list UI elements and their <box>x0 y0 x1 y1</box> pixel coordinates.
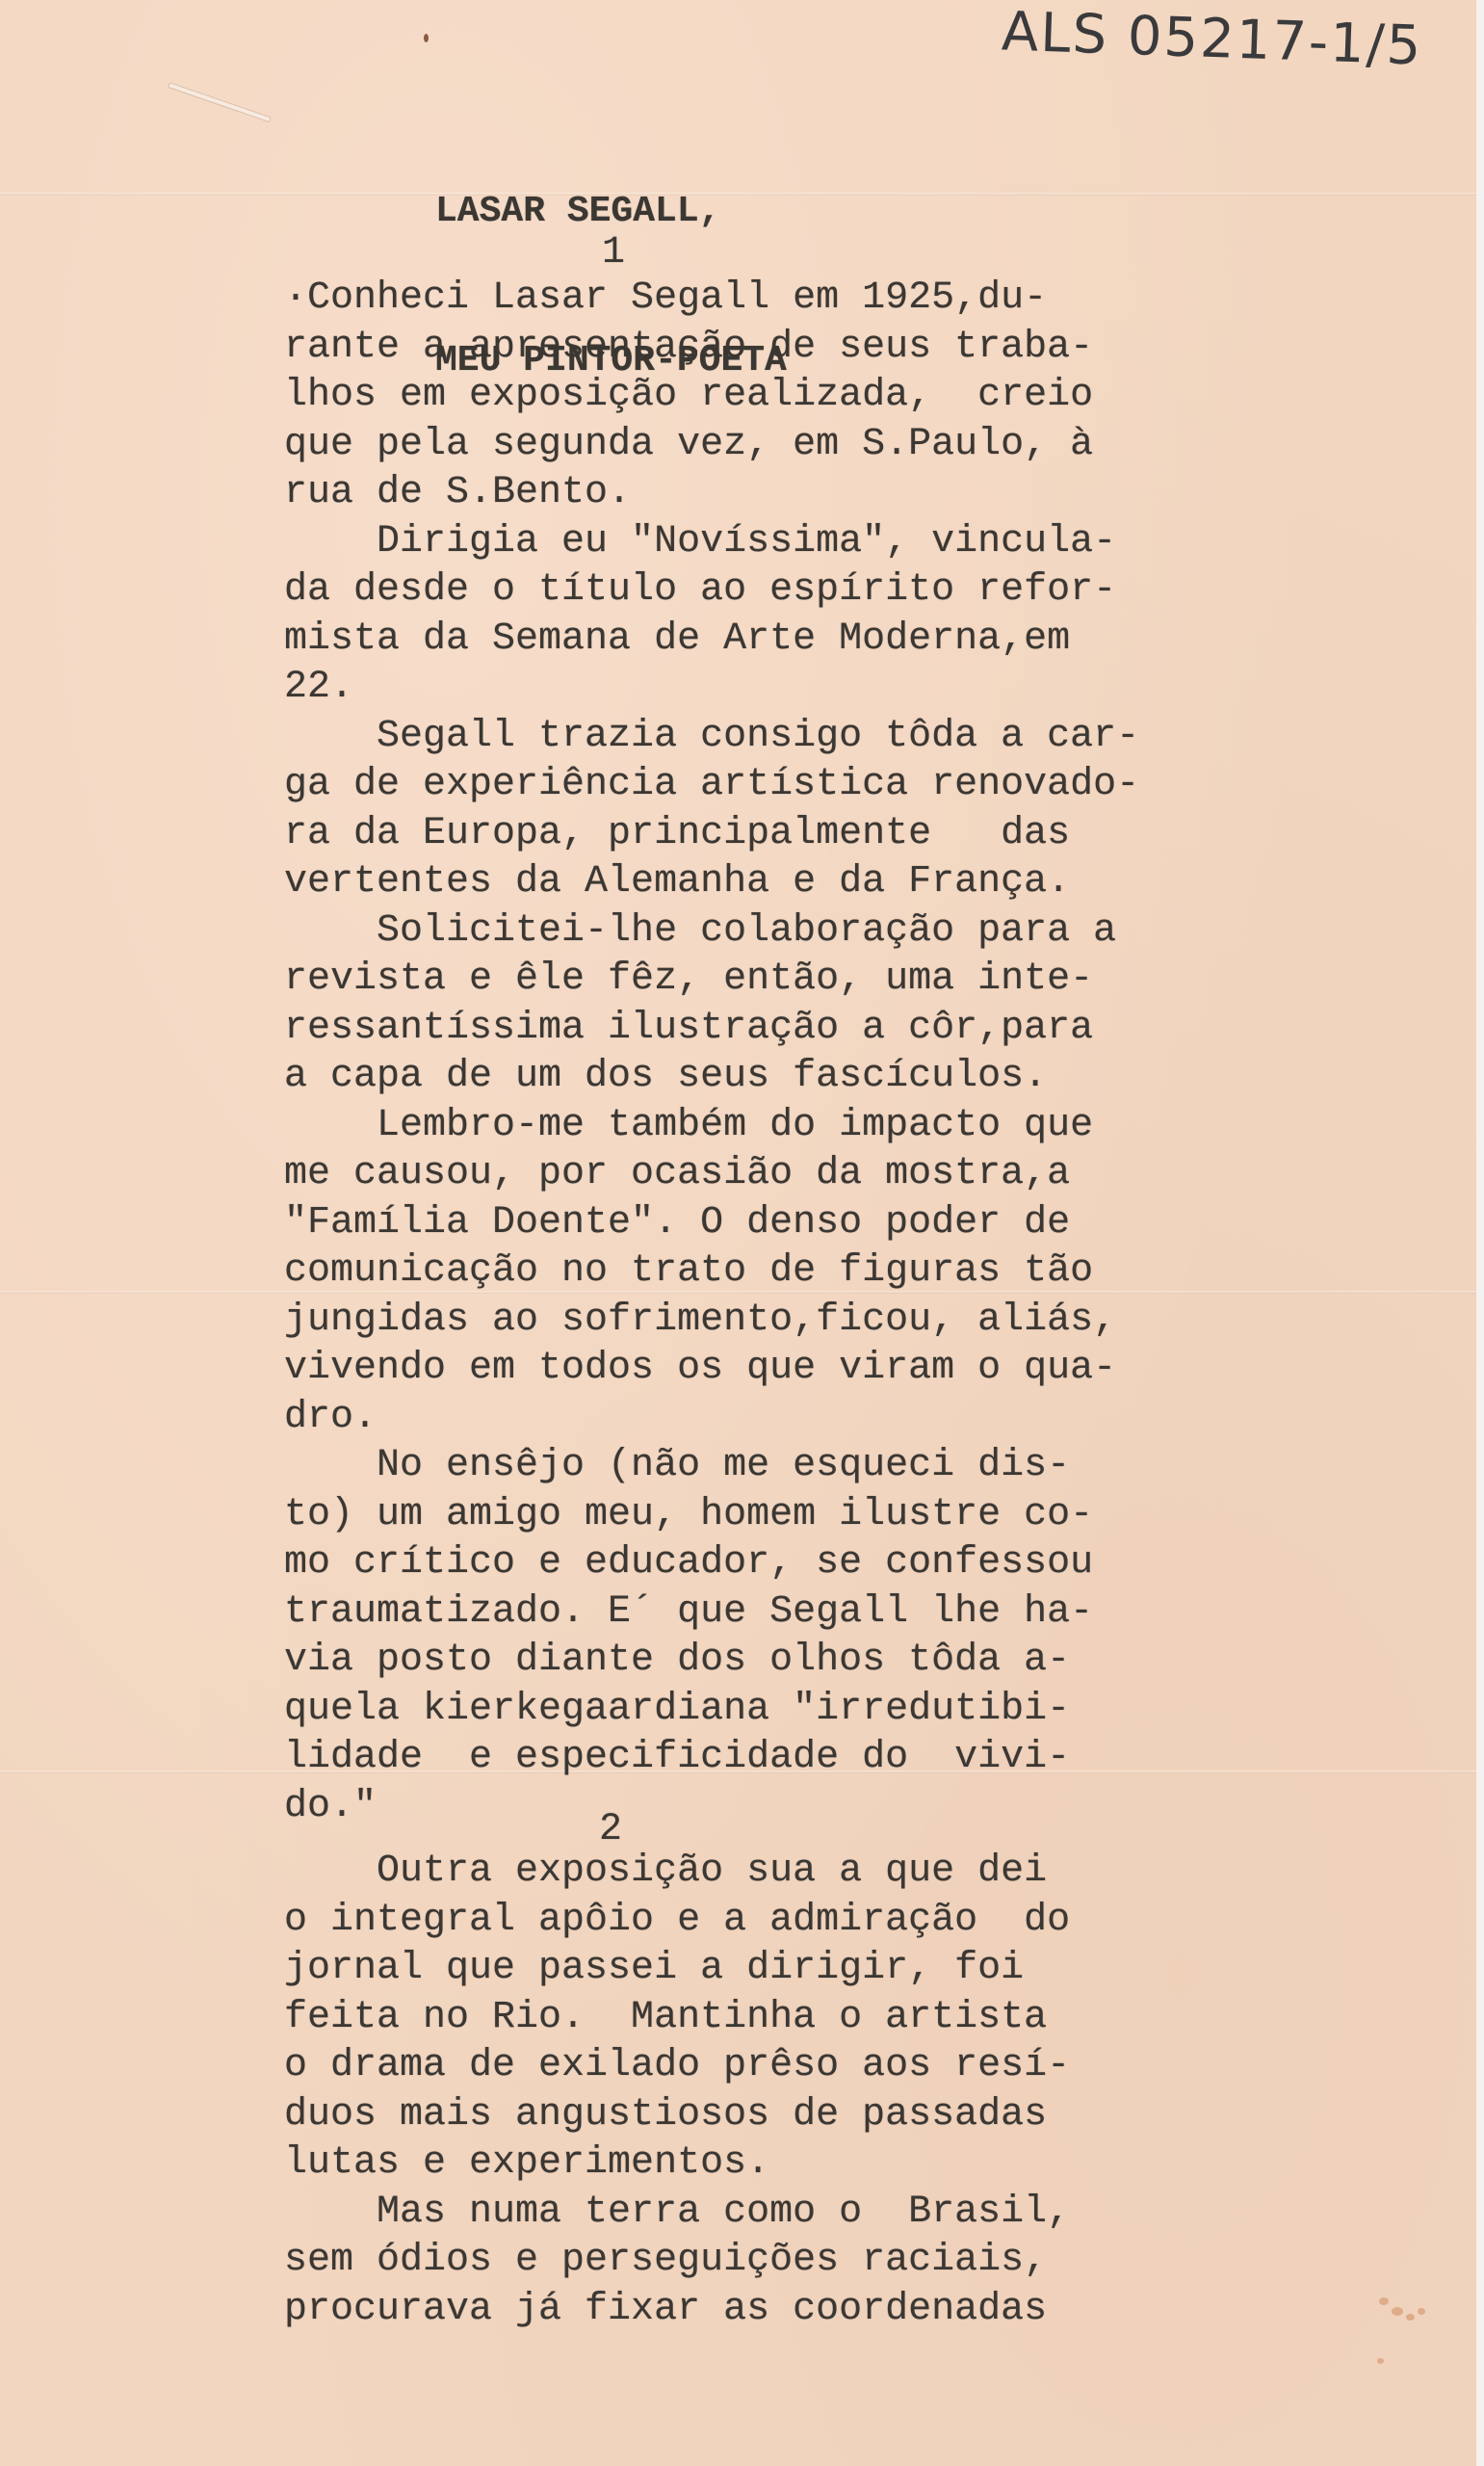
text-line: feita no Rio. Mantinha o artista <box>284 1994 1070 2043</box>
text-line: que pela segunda vez, em S.Paulo, à <box>284 421 1139 470</box>
text-line: dro. <box>284 1394 1139 1443</box>
section-number: 1 <box>602 229 625 278</box>
text-line: ·Conheci Lasar Segall em 1925,du- <box>284 275 1139 324</box>
text-line: Mas numa terra como o Brasil, <box>284 2189 1070 2238</box>
text-line: Lembro-me também do impacto que <box>284 1102 1139 1151</box>
text-line: comunicação no trato de figuras tão <box>284 1247 1139 1297</box>
section-1-body: ·Conheci Lasar Segall em 1925,du-rante a… <box>284 275 1139 1831</box>
rust-stain <box>1418 2308 1425 2315</box>
text-line: No ensêjo (não me esqueci dis- <box>284 1442 1139 1491</box>
text-line: jornal que passei a dirigir, foi <box>284 1945 1070 1994</box>
text-line: Segall trazia consigo tôda a car- <box>284 713 1139 762</box>
text-line: to) um amigo meu, homem ilustre co- <box>284 1491 1139 1540</box>
text-line: da desde o título ao espírito refor- <box>284 566 1139 616</box>
text-line: mo crítico e educador, se confessou <box>284 1539 1139 1588</box>
text-line: vivendo em todos os que viram o qua- <box>284 1345 1139 1394</box>
paper-clip-indent-mark <box>168 82 272 122</box>
text-line: me causou, por ocasião da mostra,a <box>284 1150 1139 1199</box>
text-line: a capa de um dos seus fascículos. <box>284 1053 1139 1102</box>
text-line: duos mais angustiosos de passadas <box>284 2091 1070 2140</box>
text-line: ra da Europa, principalmente das <box>284 810 1139 859</box>
section-2-body: Outra exposição sua a que deio integral … <box>284 1848 1070 2334</box>
text-line: jungidas ao sofrimento,ficou, aliás, <box>284 1297 1139 1346</box>
text-line: quela kierkegaardiana "irredutibi- <box>284 1686 1139 1735</box>
text-line: sem ódios e perseguições raciais, <box>284 2237 1070 2286</box>
text-line: o integral apôio e a admiração do <box>284 1897 1070 1946</box>
text-line: via posto diante dos olhos tôda a- <box>284 1637 1139 1686</box>
text-line: lutas e experimentos. <box>284 2139 1070 2189</box>
ink-speck <box>424 34 429 42</box>
scan-background-edge <box>1476 0 1484 2466</box>
text-line: o drama de exilado prêso aos resí- <box>284 2042 1070 2091</box>
rust-stain <box>1377 2358 1384 2364</box>
text-line: Solicitei-lhe colaboração para a <box>284 907 1139 957</box>
text-line: vertentes da Alemanha e da França. <box>284 858 1139 907</box>
rust-stain <box>1379 2297 1389 2305</box>
rust-stain <box>1392 2307 1403 2316</box>
text-line: "Família Doente". O denso poder de <box>284 1199 1139 1248</box>
text-line: Outra exposição sua a que dei <box>284 1848 1070 1897</box>
text-line: revista e êle fêz, então, uma inte- <box>284 956 1139 1005</box>
title-line: LASAR SEGALL, <box>435 187 787 236</box>
text-line: lidade e especificidade do vivi- <box>284 1734 1139 1783</box>
text-line: do." <box>284 1783 1139 1832</box>
archive-reference-number: ALS 05217-1/5 <box>1001 0 1423 77</box>
text-line: ressantíssima ilustração a côr,para <box>284 1005 1139 1054</box>
text-line: Dirigia eu "Novíssima", vincula- <box>284 518 1139 567</box>
paper-sheet: ALS 05217-1/5 LASAR SEGALL, MEU PINTOR-P… <box>0 0 1478 2466</box>
text-line: ga de experiência artística renovado- <box>284 761 1139 810</box>
text-line: 22. <box>284 664 1139 713</box>
text-line: traumatizado. E´ que Segall lhe ha- <box>284 1588 1139 1638</box>
text-line: lhos em exposição realizada, creio <box>284 372 1139 421</box>
text-line: mista da Semana de Arte Moderna,em <box>284 616 1139 665</box>
text-line: procurava já fixar as coordenadas <box>284 2286 1070 2335</box>
text-line: rante a apresentação de seus traba- <box>284 324 1139 373</box>
rust-stain <box>1406 2314 1415 2321</box>
text-line: rua de S.Bento. <box>284 469 1139 518</box>
